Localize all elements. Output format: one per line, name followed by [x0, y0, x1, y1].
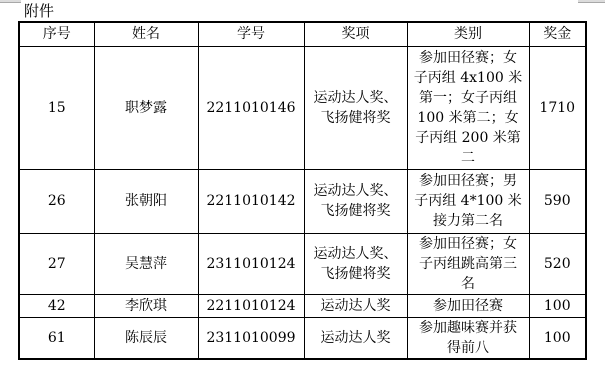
cell-prize: 1710 [529, 46, 586, 169]
cell-award: 运动达人奖、飞扬健将奖 [304, 169, 407, 233]
header-award: 奖项 [304, 22, 407, 46]
window-edge-artifact-left [0, 0, 21, 3]
cell-name: 张朝阳 [94, 169, 198, 233]
attachment-title: 附件 [24, 2, 54, 20]
header-prize: 奖金 [529, 22, 586, 46]
cell-student-id: 2211010146 [198, 46, 304, 169]
cell-seq: 15 [19, 46, 94, 169]
cell-seq: 42 [19, 294, 94, 317]
cell-category: 参加田径赛；女子丙组 4x100 米第一；女子丙组 100 米第二；女子丙组 2… [407, 46, 529, 169]
cell-category: 参加趣味赛并获得前八 [407, 317, 529, 359]
header-name: 姓名 [94, 22, 198, 46]
cell-category: 参加田径赛；男子丙组 4*100 米接力第二名 [407, 169, 529, 233]
table-row: 42 李欣琪 2211010124 运动达人奖 参加田径赛 100 [19, 294, 586, 317]
table-row: 26 张朝阳 2211010142 运动达人奖、飞扬健将奖 参加田径赛；男子丙组… [19, 169, 586, 233]
cell-award: 运动达人奖 [304, 294, 407, 317]
cell-name: 职梦露 [94, 46, 198, 169]
cell-seq: 61 [19, 317, 94, 359]
awards-table: 序号 姓名 学号 奖项 类别 奖金 15 职梦露 2211010146 运动达人… [18, 21, 587, 360]
cell-award: 运动达人奖、飞扬健将奖 [304, 46, 407, 169]
cell-award: 运动达人奖 [304, 317, 407, 359]
cell-student-id: 2211010124 [198, 294, 304, 317]
cell-prize: 520 [529, 233, 586, 294]
cell-prize: 100 [529, 317, 586, 359]
cell-student-id: 2211010142 [198, 169, 304, 233]
window-edge-artifact-right [578, 0, 605, 3]
cell-seq: 26 [19, 169, 94, 233]
header-student-id: 学号 [198, 22, 304, 46]
header-seq: 序号 [19, 22, 94, 46]
cell-name: 陈辰辰 [94, 317, 198, 359]
table-row: 61 陈辰辰 2311010099 运动达人奖 参加趣味赛并获得前八 100 [19, 317, 586, 359]
cell-name: 李欣琪 [94, 294, 198, 317]
table-row: 15 职梦露 2211010146 运动达人奖、飞扬健将奖 参加田径赛；女子丙组… [19, 46, 586, 169]
table-row: 27 吴慧萍 2311010124 运动达人奖、飞扬健将奖 参加田径赛；女子丙组… [19, 233, 586, 294]
cell-prize: 590 [529, 169, 586, 233]
cell-student-id: 2311010099 [198, 317, 304, 359]
table-header-row: 序号 姓名 学号 奖项 类别 奖金 [19, 22, 586, 46]
cell-prize: 100 [529, 294, 586, 317]
header-category: 类别 [407, 22, 529, 46]
cell-category: 参加田径赛；女子丙组跳高第三名 [407, 233, 529, 294]
cell-category: 参加田径赛 [407, 294, 529, 317]
cell-student-id: 2311010124 [198, 233, 304, 294]
cell-seq: 27 [19, 233, 94, 294]
cell-name: 吴慧萍 [94, 233, 198, 294]
cell-award: 运动达人奖、飞扬健将奖 [304, 233, 407, 294]
